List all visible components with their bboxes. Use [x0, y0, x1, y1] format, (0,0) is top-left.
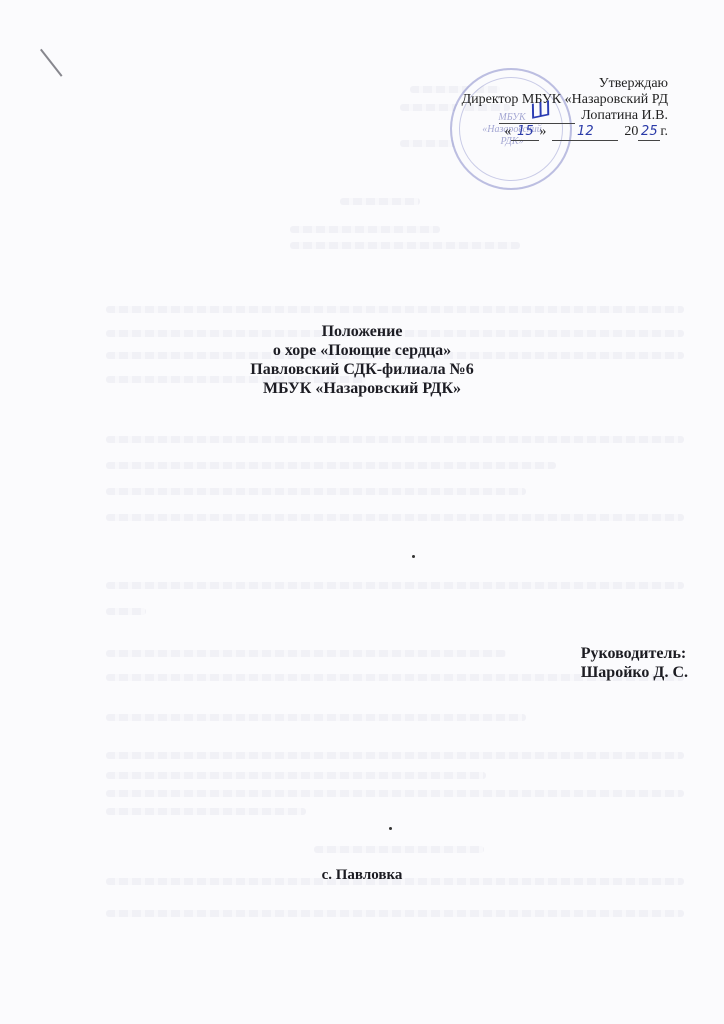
date-open-quote: «: [504, 124, 511, 139]
date-month: 12: [552, 124, 618, 141]
speck: [412, 555, 415, 558]
title-line-2: о хоре «Поющие сердца»: [0, 341, 724, 360]
date-year-suffix: г.: [660, 124, 668, 139]
approval-signature-row: Лопатина И.В.: [462, 108, 668, 124]
supervisor-label: Руководитель:: [581, 644, 688, 663]
title-line-1: Положение: [0, 322, 724, 341]
title-line-3: Павловский СДК-филиала №6: [0, 360, 724, 379]
approval-block: Утверждаю Директор МБУК «Назаровский РД …: [462, 76, 668, 141]
supervisor-name: Шаройко Д. С.: [581, 663, 688, 682]
date-close-quote: »: [539, 124, 546, 139]
date-day: 15: [511, 124, 539, 141]
place-name: с. Павловка: [0, 866, 724, 884]
approver-name: Лопатина И.В.: [581, 108, 668, 123]
speck: [389, 827, 392, 830]
approval-heading: Утверждаю: [462, 76, 668, 92]
approval-position: Директор МБУК «Назаровский РД: [462, 92, 668, 108]
document-page: МБУК «Назаровский РДК» Утверждаю Директо…: [0, 0, 724, 1024]
date-year-prefix: 20: [624, 124, 638, 139]
pen-mark: [40, 49, 63, 77]
date-year: 25: [638, 124, 660, 141]
document-title: Положение о хоре «Поющие сердца» Павловс…: [0, 322, 724, 398]
supervisor-block: Руководитель: Шаройко Д. С.: [581, 644, 688, 682]
approval-date: «15»122025г.: [462, 124, 668, 141]
title-line-4: МБУК «Назаровский РДК»: [0, 379, 724, 398]
